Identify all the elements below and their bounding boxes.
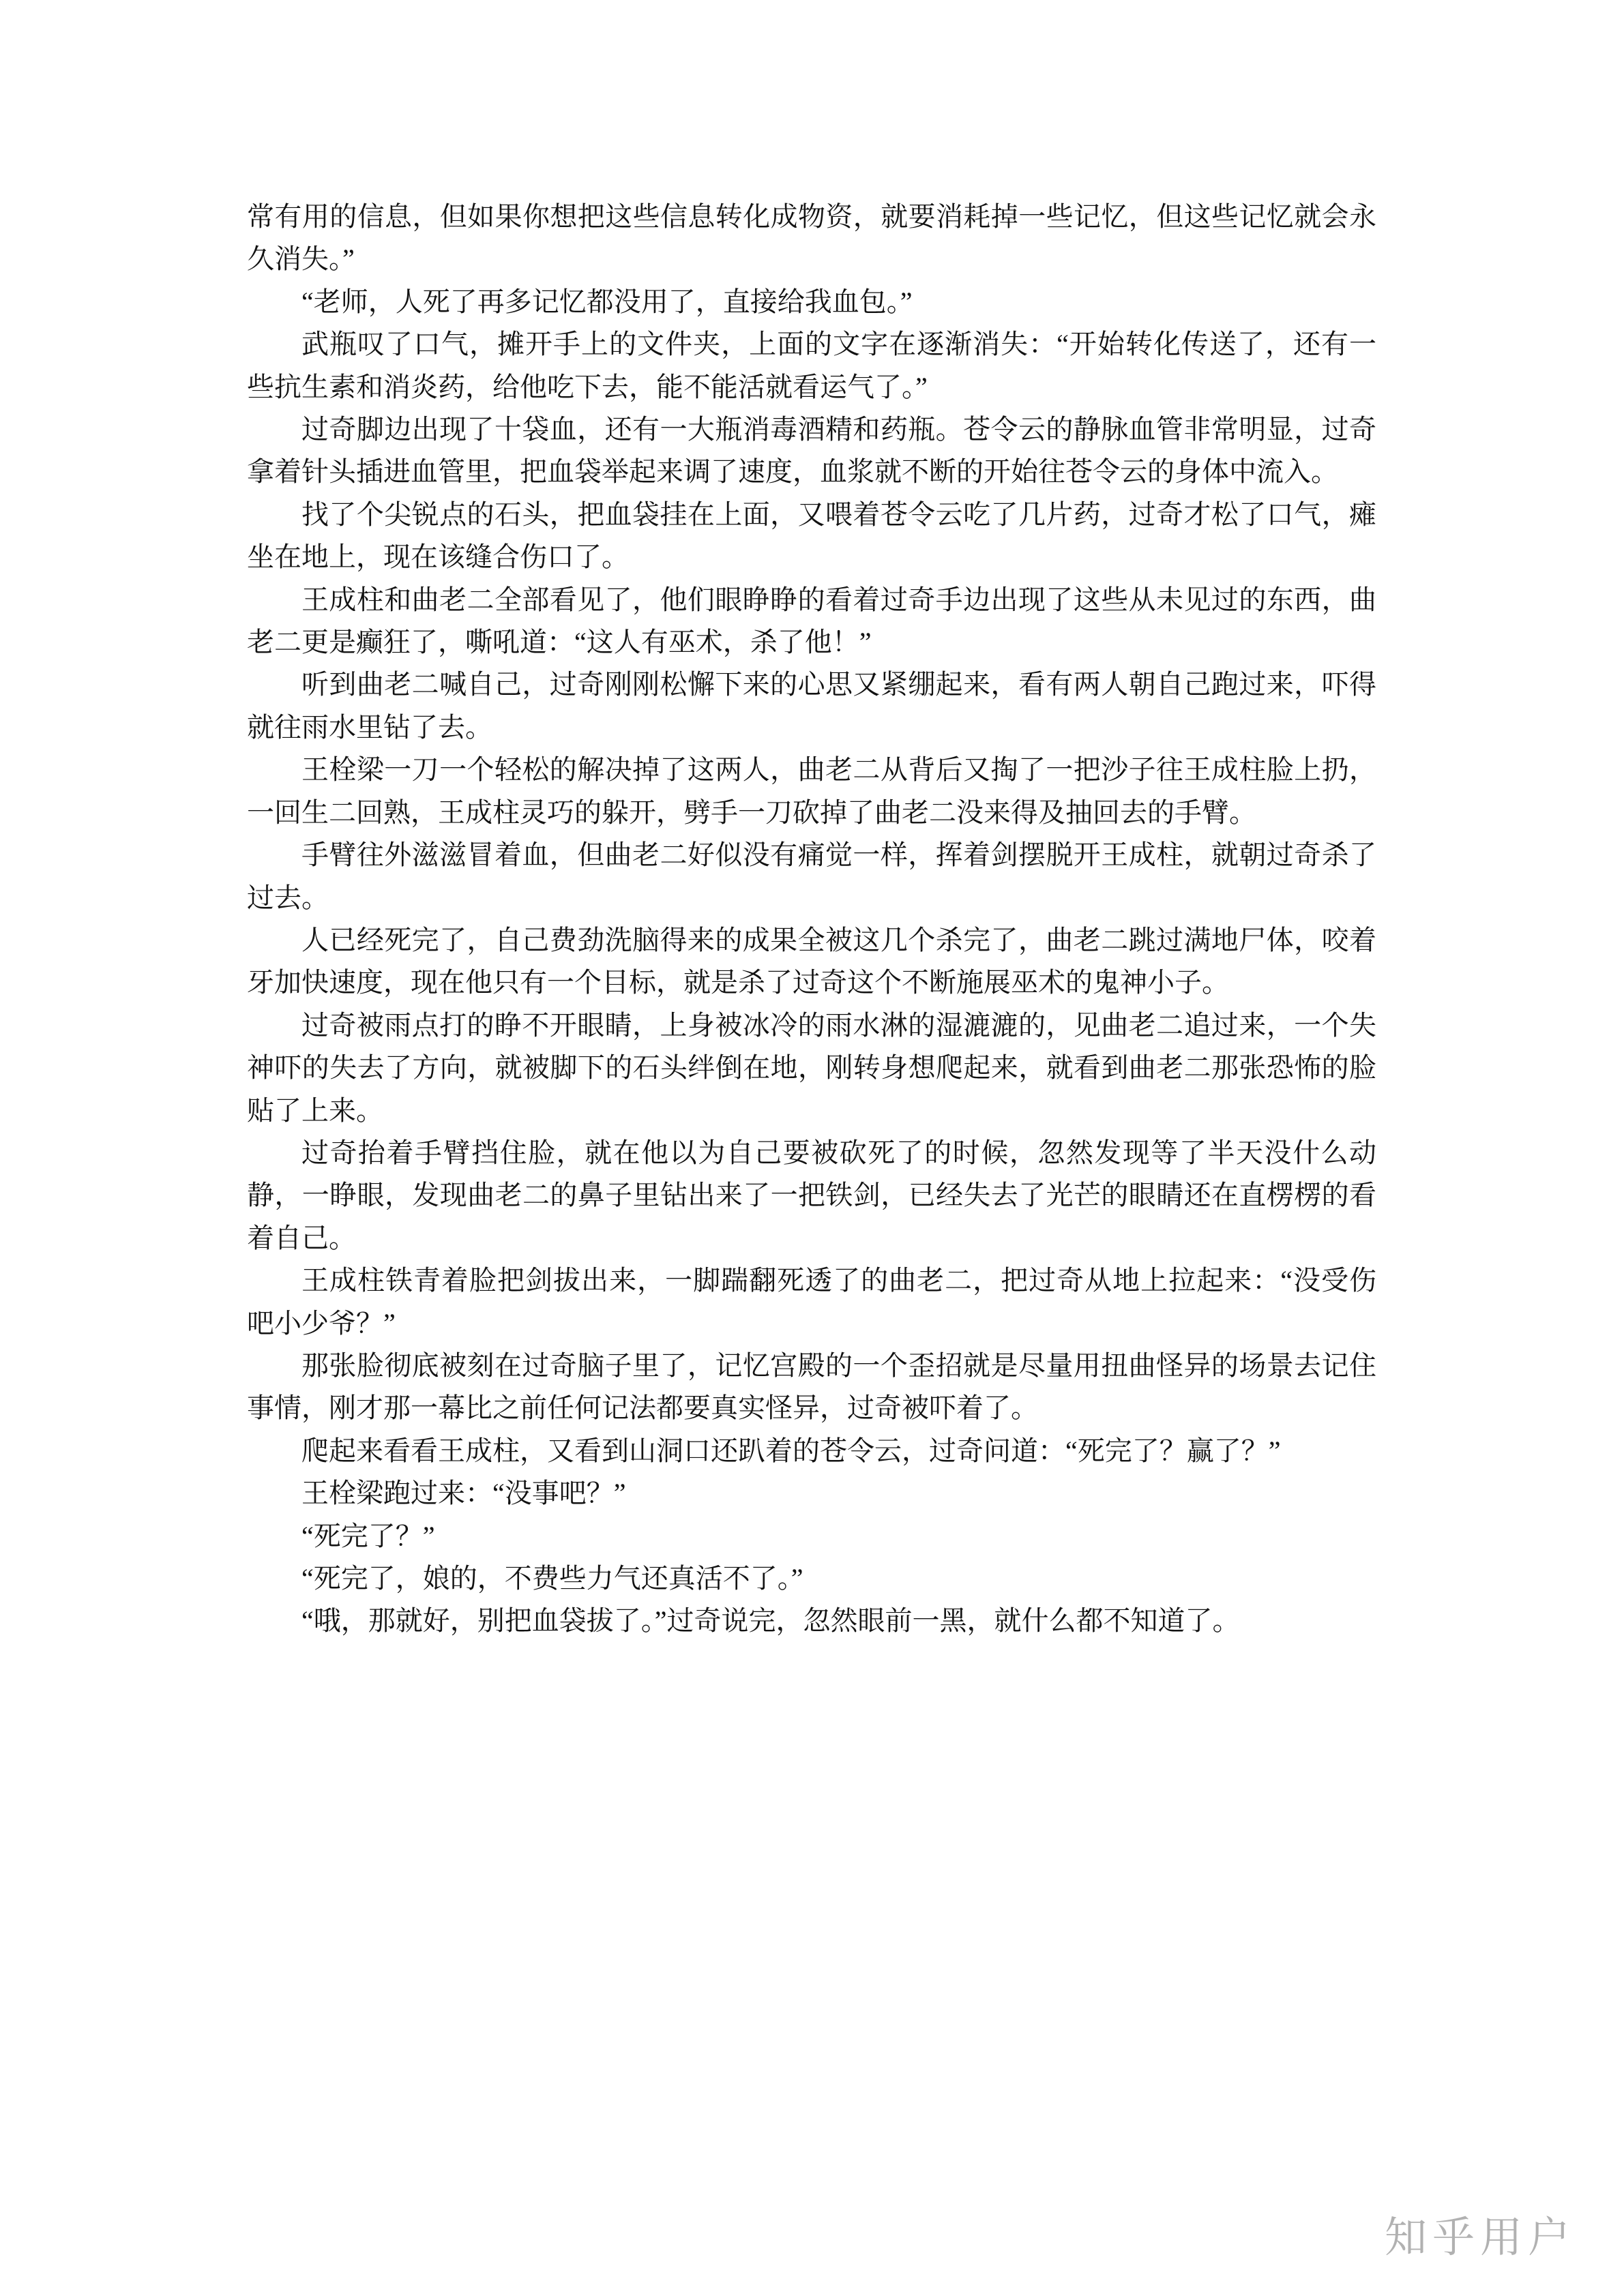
- paragraph: 王成柱和曲老二全部看见了，他们眼睁睁的看着过奇手边出现了这些从未见过的东西，曲老…: [247, 579, 1376, 664]
- paragraph: 王栓梁一刀一个轻松的解决掉了这两人，曲老二从背后又掏了一把沙子往王成柱脸上扔，一…: [247, 749, 1376, 834]
- document-body: 常有用的信息，但如果你想把这些信息转化成物资，就要消耗掉一些记忆，但这些记忆就会…: [247, 196, 1376, 1643]
- watermark-username: 知乎用户: [1385, 2203, 1576, 2264]
- paragraph: “死完了？”: [247, 1515, 1376, 1557]
- paragraph: 听到曲老二喊自己，过奇刚刚松懈下来的心思又紧绷起来，看有两人朝自己跑过来，吓得就…: [247, 664, 1376, 749]
- paragraph: 过奇被雨点打的睁不开眼睛，上身被冰冷的雨水淋的湿漉漉的，见曲老二追过来，一个失神…: [247, 1004, 1376, 1132]
- paragraph: “老师，人死了再多记忆都没用了，直接给我血包。”: [247, 281, 1376, 323]
- paragraph: “死完了，娘的，不费些力气还真活不了。”: [247, 1557, 1376, 1600]
- paragraph: 手臂往外滋滋冒着血，但曲老二好似没有痛觉一样，挥着剑摆脱开王成柱，就朝过奇杀了过…: [247, 834, 1376, 919]
- paragraph: 王栓梁跑过来：“没事吧？”: [247, 1472, 1376, 1515]
- paragraph: 过奇脚边出现了十袋血，还有一大瓶消毒酒精和药瓶。苍令云的静脉血管非常明显，过奇拿…: [247, 408, 1376, 494]
- paragraph: “哦，那就好，别把血袋拔了。”过奇说完，忽然眼前一黑，就什么都不知道了。: [247, 1600, 1376, 1642]
- paragraph: 人已经死完了，自己费劲洗脑得来的成果全被这几个杀完了，曲老二跳过满地尸体，咬着牙…: [247, 919, 1376, 1004]
- paragraph: 过奇抬着手臂挡住脸，就在他以为自己要被砍死了的时候，忽然发现等了半天没什么动静，…: [247, 1132, 1376, 1259]
- paragraph: 找了个尖锐点的石头，把血袋挂在上面，又喂着苍令云吃了几片药，过奇才松了口气，瘫坐…: [247, 494, 1376, 579]
- paragraph: 武瓶叹了口气，摊开手上的文件夹，上面的文字在逐渐消失：“开始转化传送了，还有一些…: [247, 323, 1376, 408]
- paragraph: 王成柱铁青着脸把剑拔出来，一脚踹翻死透了的曲老二，把过奇从地上拉起来：“没受伤吧…: [247, 1259, 1376, 1345]
- paragraph: 那张脸彻底被刻在过奇脑子里了，记忆宫殿的一个歪招就是尽量用扭曲怪异的场景去记住事…: [247, 1345, 1376, 1430]
- document-page: { "page": { "background_color": "#ffffff…: [0, 0, 1624, 2296]
- paragraph: 爬起来看看王成柱，又看到山洞口还趴着的苍令云，过奇问道：“死完了？赢了？”: [247, 1430, 1376, 1472]
- paragraph: 常有用的信息，但如果你想把这些信息转化成物资，就要消耗掉一些记忆，但这些记忆就会…: [247, 196, 1376, 281]
